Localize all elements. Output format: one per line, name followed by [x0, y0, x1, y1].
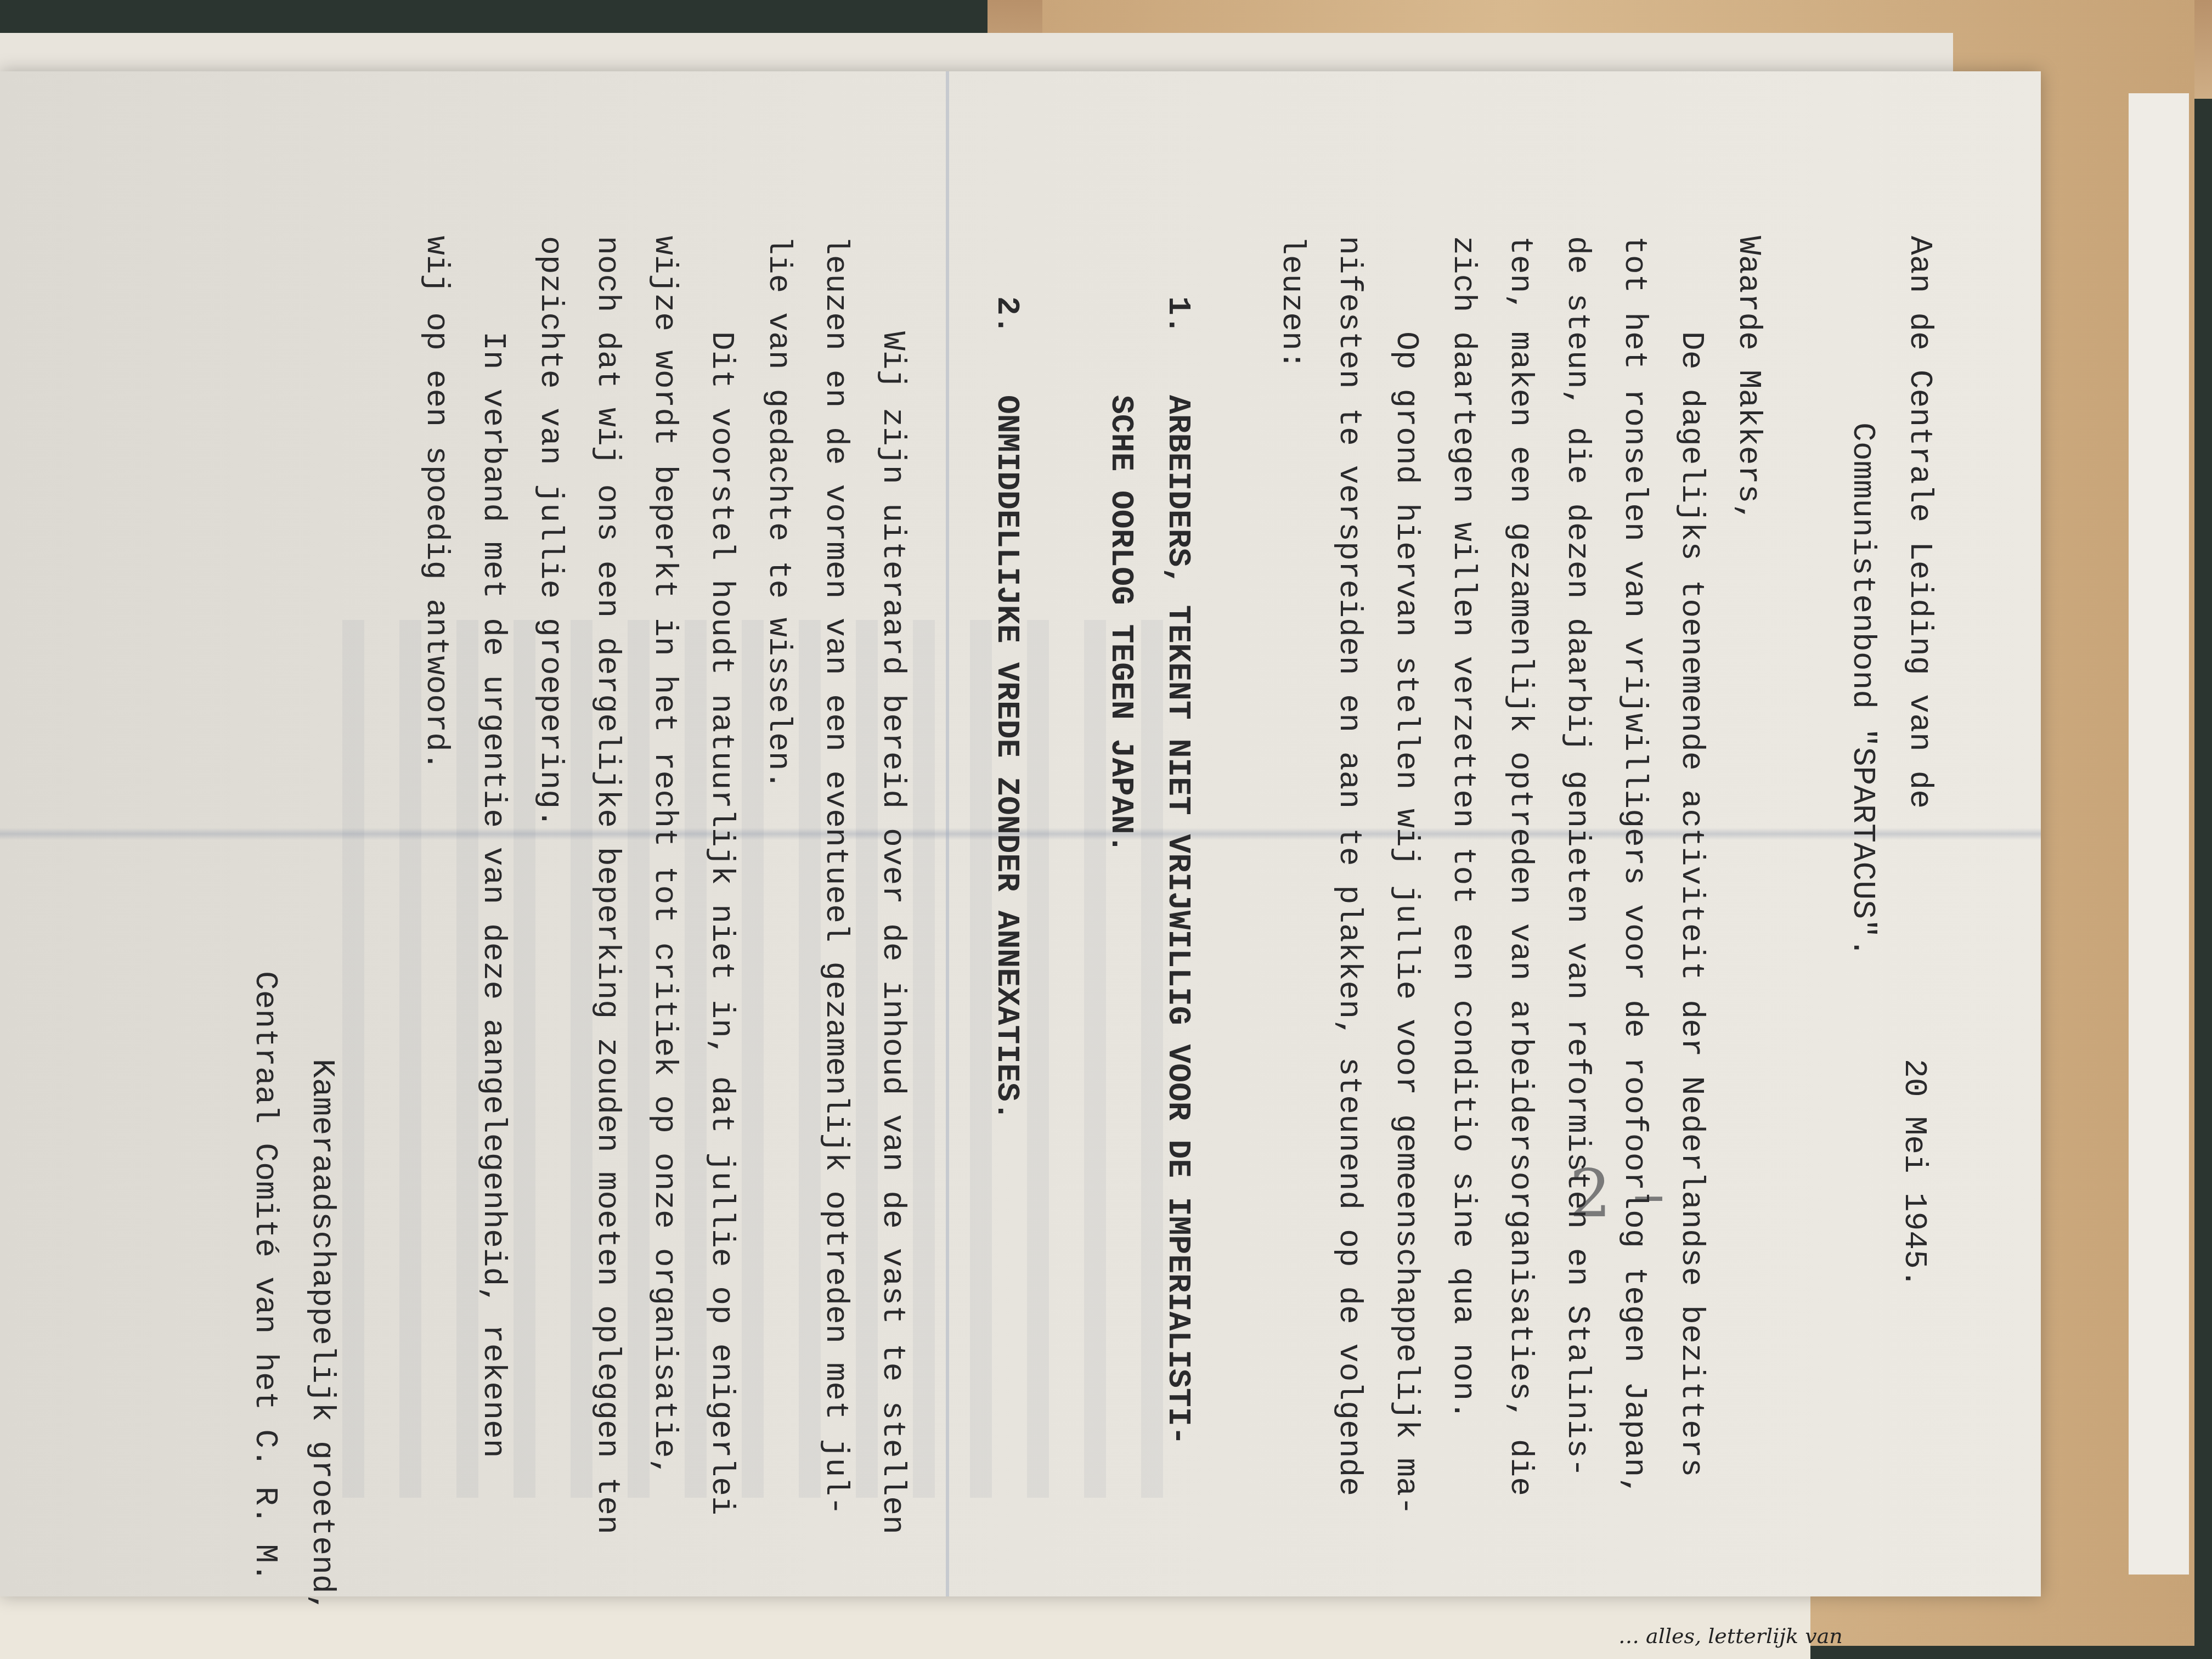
underlying-sheet-right	[2129, 93, 2189, 1575]
paragraph: Dit voorstel houdt natuurlijk niet in, d…	[521, 236, 749, 1498]
address-line-1: Aan de Centrale Leiding van de	[1891, 236, 1948, 1498]
salutation: Waarde Makkers,	[1719, 236, 1776, 1498]
slogan-item: 2. ONMIDDELLIJKE VREDE ZONDER ANNEXATIES…	[978, 236, 1035, 1498]
recipient-address: Aan de Centrale Leiding van de Communist…	[1833, 236, 1948, 1498]
slogan-number: 2.	[978, 236, 1035, 395]
signature: Centraal Comité van het C. R. M.	[236, 236, 293, 1498]
letter-body: Aan de Centrale Leiding van de Communist…	[236, 236, 1948, 1498]
paragraph: In verband met de urgentie van deze aang…	[407, 236, 521, 1498]
slogan-number: 1.	[1092, 236, 1206, 395]
paragraph: Wij zijn uiteraard bereid over de inhoud…	[749, 236, 921, 1498]
address-line-2: Communistenbond "SPARTACUS".	[1833, 236, 1891, 1498]
paragraph: Op grond hiervan stellen wij jullie voor…	[1263, 236, 1434, 1498]
slogan-text: ARBEIDERS, TEKENT NIET VRIJWILLIG VOOR D…	[1092, 395, 1206, 1445]
handwritten-note-fragment: … alles, letterlijk van	[1618, 1624, 1843, 1648]
closing: Kameraadschappelijk groetend,	[293, 236, 350, 1498]
slogan-text: ONMIDDELLIJKE VREDE ZONDER ANNEXATIES.	[978, 395, 1035, 1121]
slogan-item: 1. ARBEIDERS, TEKENT NIET VRIJWILLIG VOO…	[1092, 236, 1206, 1498]
slogan-list: 1. ARBEIDERS, TEKENT NIET VRIJWILLIG VOO…	[978, 236, 1206, 1498]
letter-sheet-wrapper: 20 Mei 1945. 2 – Aan de Centrale Leiding…	[0, 71, 2041, 1596]
paragraph: De dagelijks toenemende activiteit der N…	[1434, 236, 1719, 1498]
letter-sheet: 20 Mei 1945. 2 – Aan de Centrale Leiding…	[0, 71, 2041, 1596]
